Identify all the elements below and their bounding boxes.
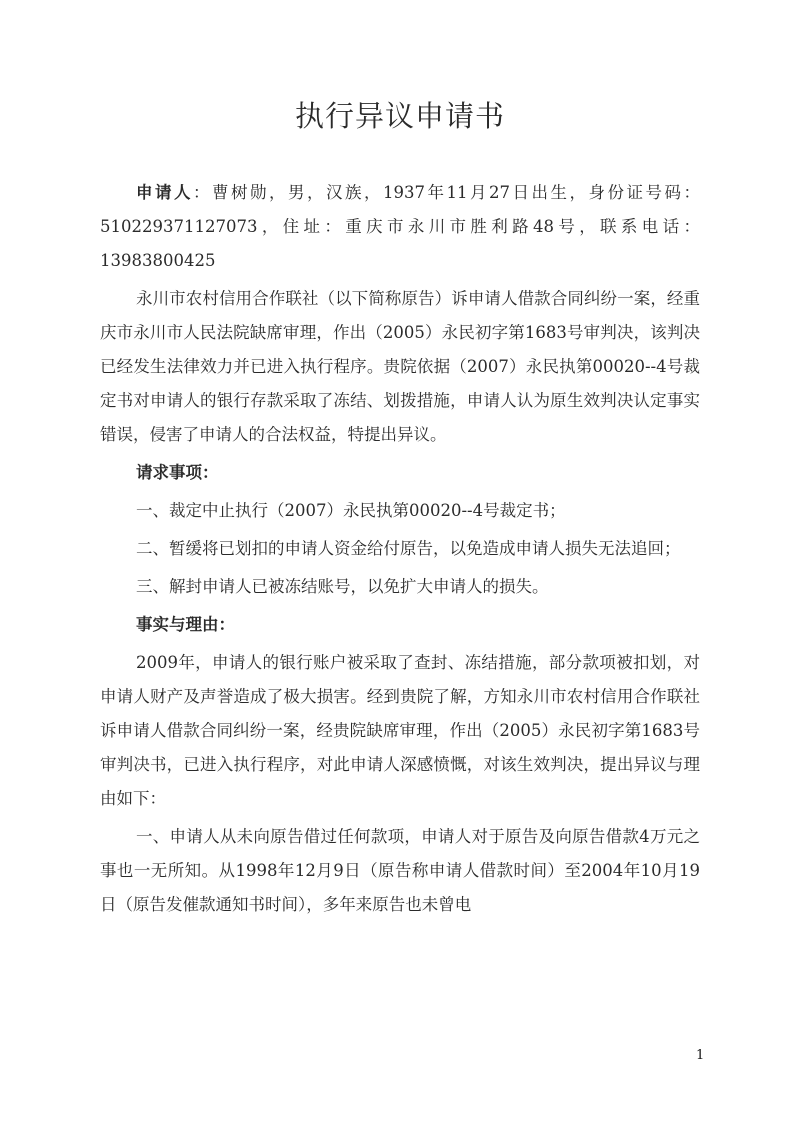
page-number: 1: [696, 1048, 704, 1063]
request-item-3: 三、解封申请人已被冻结账号，以免扩大申请人的损失。: [100, 570, 700, 604]
applicant-label: 申请人: [136, 183, 193, 202]
request-item-2: 二、暂缓将已划扣的申请人资金给付原告，以免造成申请人损失无法追回；: [100, 532, 700, 566]
applicant-paragraph: 申请人：曹树勋，男，汉族，1937年11月27日出生，身份证号码：5102293…: [100, 176, 700, 278]
facts-paragraph-2: 一、申请人从未向原告借过任何款项，申请人对于原告及向原告借款4万元之事也一无所知…: [100, 820, 700, 922]
intro-paragraph: 永川市农村信用合作联社（以下简称原告）诉申请人借款合同纠纷一案，经重庆市永川市人…: [100, 282, 700, 452]
document-title: 执行异议申请书: [0, 94, 800, 135]
document-body: 申请人：曹树勋，男，汉族，1937年11月27日出生，身份证号码：5102293…: [100, 176, 700, 922]
requests-heading: 请求事项：: [100, 456, 700, 490]
facts-paragraph-1: 2009年，申请人的银行账户被采取了查封、冻结措施，部分款项被扣划，对申请人财产…: [100, 646, 700, 816]
document-page: 执行异议申请书 申请人：曹树勋，男，汉族，1937年11月27日出生，身份证号码…: [0, 0, 800, 1132]
request-item-1: 一、裁定中止执行（2007）永民执第00020--4号裁定书；: [100, 494, 700, 528]
facts-heading: 事实与理由：: [100, 608, 700, 642]
